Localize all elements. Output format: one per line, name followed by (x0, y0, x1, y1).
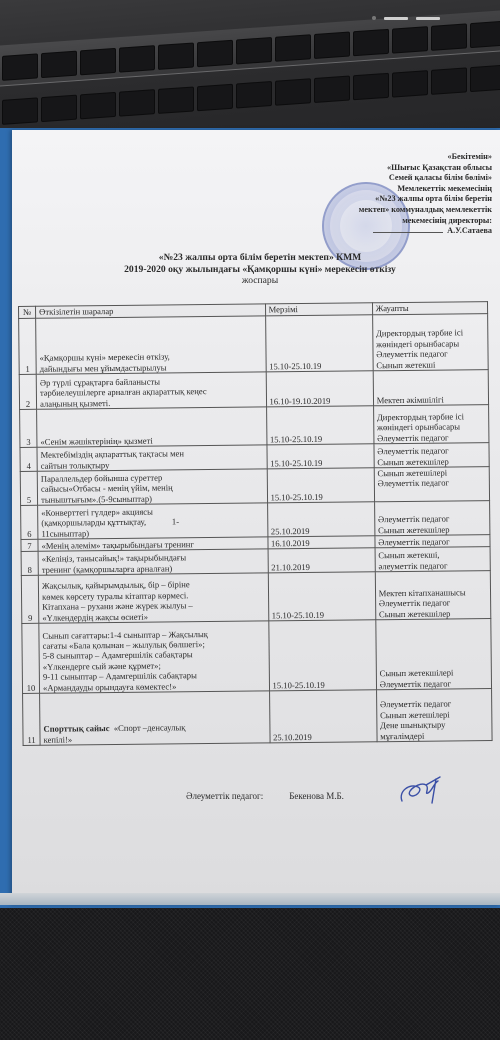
key (158, 86, 194, 114)
row-event: «Келіңіз, танысайық!» тақырыбындағы трен… (38, 549, 268, 575)
row-event: «Қамқоршы күні» мерекесін өткізу, дайынд… (36, 316, 266, 374)
event-text: «Спорт –денсаулық (109, 722, 185, 733)
status-indicators (372, 16, 440, 20)
row-event: Параллельдер бойынша суреттер сайысы«Отб… (37, 469, 267, 505)
responsible-line: Сынып жетекшілер (377, 456, 485, 468)
approval-block: «Бекітемін» «Шығыс Қазақстан облысы Семе… (272, 152, 492, 237)
key (353, 72, 389, 100)
keyboard (0, 19, 500, 140)
row-responsible: Сынып жетекшілері Әлеуметтік педагог (376, 619, 492, 690)
responsible-line: Сынып жетекшілер (379, 608, 487, 620)
row-date: 16.10.2019 (267, 536, 374, 549)
approval-line: «Шығыс Қазақстан облысы (272, 163, 492, 174)
key (314, 75, 350, 103)
table-row: 2 Әр түрлі сұрақтарға байланысты тәрбиел… (19, 370, 488, 410)
row-event: «Сенім жәшіктерінің» қызметі (37, 407, 267, 447)
row-responsible: Мектеп әкімшілігі (373, 370, 489, 406)
footer-name: Бекенова М.Б. (289, 791, 344, 801)
key (431, 23, 467, 51)
title-line-school: «№23 жалпы орта білім беретін мектеп» КМ… (70, 252, 450, 264)
row-responsible: Мектеп кітапханашысы Әлеуметтік педагог … (375, 571, 491, 620)
row-number: 6 (21, 505, 38, 539)
approval-line: мекемесінің директоры: (272, 216, 492, 227)
director-name: А.У.Сатаева (447, 226, 492, 235)
title-line-suffix: жоспары (70, 275, 450, 287)
row-responsible: Әлеуметтік педагог Сынып жетекшілер (374, 501, 490, 536)
responsible-line: мұғалімдері (380, 730, 488, 742)
handwritten-signature-icon (396, 775, 446, 807)
header-number: № (19, 306, 36, 318)
document-title: «№23 жалпы орта білім беретін мектеп» КМ… (70, 252, 450, 287)
row-responsible: Сынып жетекші, әлеуметтік педагог (375, 547, 491, 572)
responsible-line: әлеуметтік педагог (378, 560, 486, 572)
responsible-line: Мектеп әкімшілігі (377, 394, 485, 406)
event-bold-label: Спорттық сайыс (43, 723, 109, 734)
key (236, 80, 272, 108)
key (236, 37, 272, 65)
footer-role: Әлеуметтік педагог: (186, 791, 263, 801)
row-date: 15.10-25.10.19 (266, 444, 373, 469)
key (353, 29, 389, 57)
laptop-keyboard-background (0, 0, 500, 140)
power-led-icon (372, 16, 376, 20)
page-stack-edge (0, 893, 500, 905)
table-row: 9 Жақсылық, қайырымдылық, бір – біріне к… (21, 571, 490, 624)
row-date: 16.10-19.10.2019 (266, 371, 374, 407)
row-date: 15.10-25.10.19 (267, 468, 375, 503)
row-responsible: Сынып жетешілері Әлеуметтік педагог (374, 467, 490, 502)
table-row: 11 Спорттық сайыс «Спорт –денсаулық кепі… (23, 689, 493, 746)
key (158, 42, 194, 70)
key (470, 21, 500, 49)
row-number: 1 (19, 318, 37, 374)
header-date: Мерзімі (265, 303, 372, 316)
responsible-line: Әлеуметтік педагог (380, 678, 488, 690)
table-row: 5 Параллельдер бойынша суреттер сайысы«О… (20, 467, 489, 506)
row-event: Әр түрлі сұрақтарға байланысты тәрбиелеу… (36, 372, 266, 409)
key (197, 40, 233, 68)
key (314, 32, 350, 60)
row-date: 21.10.2019 (268, 548, 375, 573)
row-date: 25.10.2019 (269, 690, 377, 743)
key (392, 70, 428, 98)
row-event: «Конверттегі гүлдер» акциясы (қамқоршыла… (38, 503, 268, 539)
title-line-plan: 2019-2020 оқу жылындағы «Қамқоршы күні» … (70, 264, 450, 276)
key (80, 91, 116, 119)
key (41, 51, 77, 79)
table-row: 6 «Конверттегі гүлдер» акциясы (қамқоршы… (21, 501, 490, 540)
fabric-surface (0, 908, 500, 1040)
row-number: 8 (21, 551, 38, 575)
row-number: 4 (20, 447, 37, 471)
row-responsible: Әлеуметтік педагог Сынып жетекшілер (374, 443, 490, 468)
responsible-line: Сынып жетекші (376, 359, 484, 371)
approval-line: мектеп» коммуналдық мемлекеттік (272, 205, 492, 216)
row-responsible: Директордың тәрбие ісі жөніндегі орынбас… (372, 314, 488, 371)
footer-signature-block: Әлеуметтік педагог: Бекенова М.Б. (186, 791, 344, 801)
responsible-line: Әлеуметтік педагог (377, 432, 485, 444)
row-event: Сынып сағаттары:1-4 сыныптар – Жақсылық … (39, 621, 269, 693)
key (2, 53, 38, 81)
row-date: 15.10-25.10.19 (268, 572, 376, 621)
key (431, 67, 467, 95)
key (80, 48, 116, 76)
key (470, 64, 500, 92)
key (2, 97, 38, 125)
table-row: 1 «Қамқоршы күні» мерекесін өткізу, дайы… (19, 314, 489, 375)
row-number: 3 (20, 409, 37, 447)
row-date: 15.10-25.10.19 (268, 620, 376, 691)
key (275, 34, 311, 62)
approval-heading: «Бекітемін» (272, 152, 492, 163)
key (392, 26, 428, 54)
row-event: Спорттық сайыс «Спорт –денсаулық кепілі!… (40, 691, 270, 745)
row-date: 25.10.2019 (267, 502, 375, 537)
approval-line: Семей қаласы білім бөлімі» (272, 173, 492, 184)
approval-line: «№23 жалпы орта білім беретін (272, 194, 492, 205)
key (275, 78, 311, 106)
row-date: 15.10-25.10.19 (266, 406, 374, 445)
row-event: Мектебіміздің ақпараттық тақтасы мен сай… (37, 445, 267, 471)
key (197, 83, 233, 111)
key (119, 45, 155, 73)
row-number: 10 (22, 623, 40, 693)
director-signature-line: А.У.Сатаева (272, 226, 492, 237)
row-number: 9 (21, 575, 39, 623)
responsible-line: Әлеуметтік педагог (378, 478, 486, 490)
row-number: 5 (20, 471, 37, 505)
row-number: 2 (19, 374, 36, 409)
row-responsible: Директордың тәрбие ісі жөніндегі орынбас… (373, 405, 489, 444)
event-plan-table: № Өткізілетін шаралар Мерзімі Жауапты 1 … (18, 301, 493, 746)
row-responsible: Әлеуметтік педагог Сынып жетешілері Дене… (376, 689, 492, 742)
key (41, 94, 77, 122)
table-row: 3 «Сенім жәшіктерінің» қызметі 15.10-25.… (20, 405, 489, 448)
row-event: Жақсылық, қайырымдылық, бір – біріне көм… (38, 573, 268, 623)
row-number: 7 (21, 539, 38, 551)
row-number: 11 (23, 693, 41, 745)
responsible-line: Әлеуметтік педагог (378, 536, 486, 548)
approval-line: Мемлекеттік мекемесінің (272, 184, 492, 195)
responsible-line: Сынып жетекшілер (378, 524, 486, 536)
row-date: 15.10-25.10.19 (265, 315, 373, 372)
table-row: 10 Сынып сағаттары:1-4 сыныптар – Жақсыл… (22, 619, 492, 694)
key (119, 89, 155, 117)
